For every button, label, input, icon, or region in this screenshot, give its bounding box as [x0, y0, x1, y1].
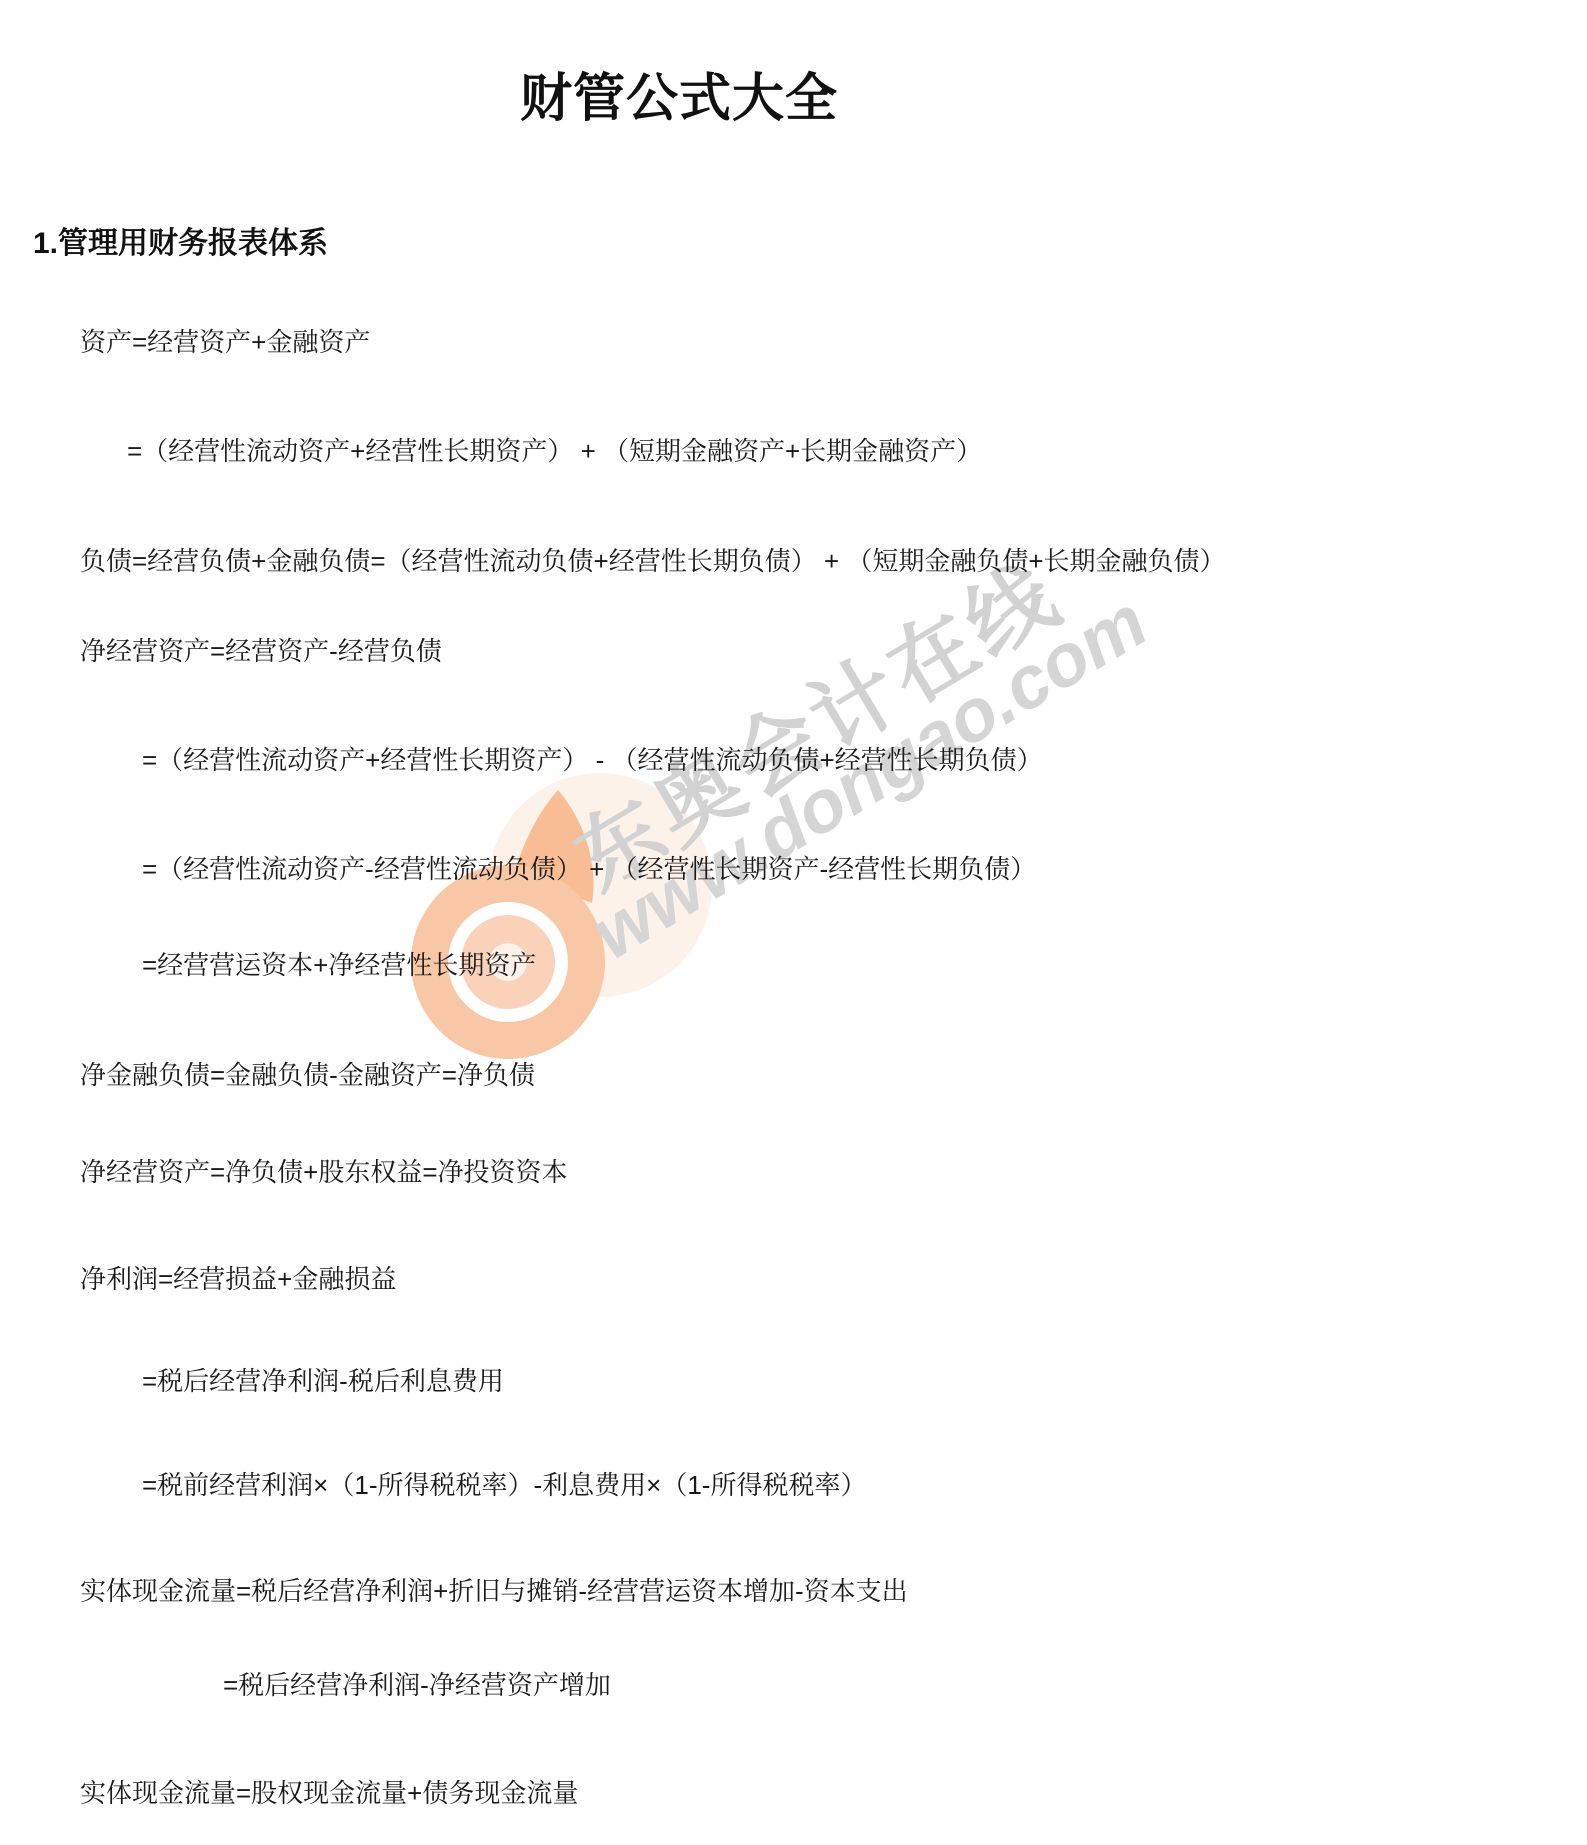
formula-line: 净经营资产=经营资产-经营负债 — [80, 636, 442, 666]
formula-line: =（经营性流动资产+经营性长期资产） - （经营性流动负债+经营性长期负债） — [142, 745, 1043, 775]
formula-line: 资产=经营资产+金融资产 — [80, 327, 370, 357]
formula-line: 净金融负债=金融负债-金融资产=净负债 — [80, 1060, 535, 1090]
formula-line: 净经营资产=净负债+股东权益=净投资资本 — [80, 1157, 568, 1187]
formula-line: 负债=经营负债+金融负债=（经营性流动负债+经营性长期负债） + （短期金融负债… — [80, 546, 1226, 576]
watermark: 东奥会计在线 www.dongao.com — [0, 0, 1587, 1845]
formula-line: =税前经营利润×（1-所得税税率）-利息费用×（1-所得税税率） — [142, 1470, 866, 1500]
page-title: 财管公式大全 — [520, 56, 838, 131]
formula-line: 净利润=经营损益+金融损益 — [80, 1264, 396, 1294]
formula-line: =税后经营净利润-净经营资产增加 — [223, 1670, 611, 1700]
section-heading: 1.管理用财务报表体系 — [33, 218, 328, 262]
formula-line: 实体现金流量=税后经营净利润+折旧与摊销-经营营运资本增加-资本支出 — [80, 1576, 908, 1606]
formula-line: =税后经营净利润-税后利息费用 — [142, 1366, 504, 1396]
formula-line: =经营营运资本+净经营性长期资产 — [142, 950, 536, 980]
formula-line: =（经营性流动资产+经营性长期资产） + （短期金融资产+长期金融资产） — [127, 436, 982, 466]
formula-line: =（经营性流动资产-经营性流动负债） + （经营性长期资产-经营性长期负债） — [142, 854, 1036, 884]
formula-line: 实体现金流量=股权现金流量+债务现金流量 — [80, 1778, 578, 1808]
document-page: 东奥会计在线 www.dongao.com 财管公式大全 1.管理用财务报表体系… — [0, 0, 1587, 1845]
watermark-url-text: www.dongao.com — [577, 578, 1161, 976]
